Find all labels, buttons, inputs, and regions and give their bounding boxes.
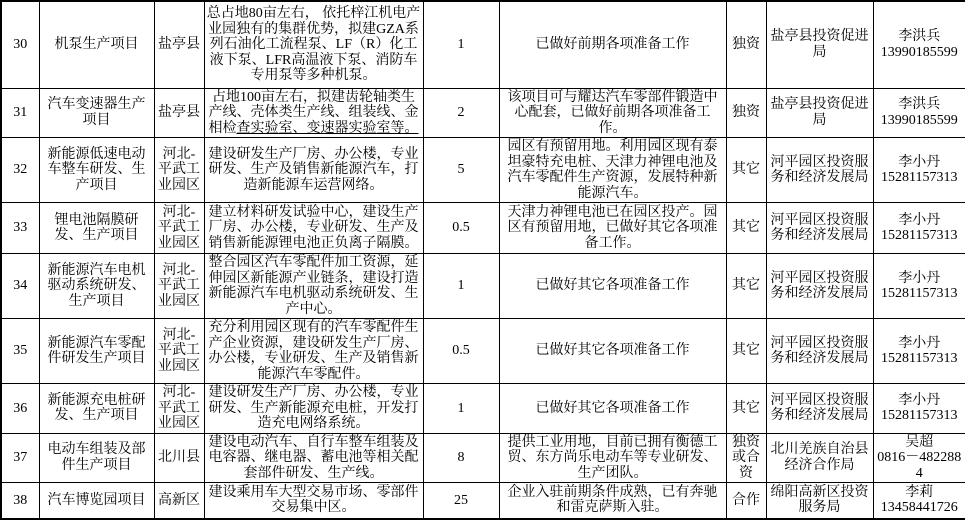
amount-cell: 5	[423, 138, 499, 203]
row-number-cell: 32	[1, 138, 39, 203]
description-cell: 建设研发生产厂房、办公楼，专业研发、生产及销售新能源汽车，打造新能源车运营网络。	[204, 138, 423, 203]
description-cell: 整合园区汽车零配件加工资源，延伸园区新能源产业链条，建设打造新能源汽车电机驱动系…	[204, 254, 423, 319]
contact-phone: 15281157313	[876, 286, 964, 302]
project-name-cell: 电动车组装及部件生产项目	[39, 433, 154, 483]
table-row: 34 新能源汽车电机驱动系统研发、生产项目 河北-平武工业园区 整合园区汽车零配…	[1, 254, 965, 319]
contact-phone: 15281157313	[876, 228, 964, 244]
contact-phone: 0816－4822884	[876, 450, 964, 481]
cooperation-type-cell: 独资	[726, 1, 766, 88]
contact-name: 李小丹	[876, 271, 964, 287]
location-cell: 高新区	[154, 483, 204, 519]
status-cell: 提供工业用地，目前已拥有衡德工贸、东方尚乐电动车等专业研发、生产团队。	[499, 433, 726, 483]
contact-cell: 李洪兵 13990185599	[873, 1, 965, 88]
row-number-cell: 38	[1, 483, 39, 519]
responsible-unit-cell: 河平园区投资服务和经济发展局	[766, 203, 873, 254]
contact-cell: 吴超 0816－4822884	[873, 433, 965, 483]
table-row: 36 新能源充电桩研发、生产项目 河北-平武工业园区 建设研发生产厂房、办公楼，…	[1, 384, 965, 434]
contact-phone: 13990185599	[876, 45, 964, 61]
cooperation-type-cell: 独资或合资	[726, 433, 766, 483]
amount-cell: 0.5	[423, 319, 499, 384]
status-cell: 园区有预留用地。利用园区现有泰坦豪特充电桩、天津力神锂电池及汽车零配件生产资源，…	[499, 138, 726, 203]
status-cell: 已做好其它各项准备工作	[499, 384, 726, 434]
contact-cell: 李小丹 15281157313	[873, 319, 965, 384]
row-number-cell: 30	[1, 1, 39, 88]
table-row: 35 新能源汽车零配件研发生产项目 河北-平武工业园区 充分利用园区现有的汽车零…	[1, 319, 965, 384]
row-number-cell: 37	[1, 433, 39, 483]
project-name-cell: 新能源充电桩研发、生产项目	[39, 384, 154, 434]
row-number-cell: 33	[1, 203, 39, 254]
cooperation-type-cell: 其它	[726, 138, 766, 203]
row-number-cell: 34	[1, 254, 39, 319]
project-name-cell: 新能源汽车电机驱动系统研发、生产项目	[39, 254, 154, 319]
contact-cell: 李小丹 15281157313	[873, 203, 965, 254]
amount-cell: 1	[423, 384, 499, 434]
status-cell: 已做好其它各项准备工作	[499, 319, 726, 384]
table-row: 38 汽车博览园项目 高新区 建设乘用车大型交易市场、零部件交易集中区。 25 …	[1, 483, 965, 519]
contact-name: 李小丹	[876, 155, 964, 171]
amount-cell: 25	[423, 483, 499, 519]
cooperation-type-cell: 合作	[726, 483, 766, 519]
contact-cell: 李小丹 15281157313	[873, 138, 965, 203]
cooperation-type-cell: 其它	[726, 203, 766, 254]
project-name-cell: 锂电池隔膜研发、生产项目	[39, 203, 154, 254]
responsible-unit-cell: 盐亭县投资促进局	[766, 88, 873, 138]
location-cell: 河北-平武工业园区	[154, 203, 204, 254]
row-number-cell: 35	[1, 319, 39, 384]
location-cell: 河北-平武工业园区	[154, 319, 204, 384]
responsible-unit-cell: 河平园区投资服务和经济发展局	[766, 138, 873, 203]
contact-phone: 15281157313	[876, 170, 964, 186]
contact-phone: 15281157313	[876, 351, 964, 367]
contact-cell: 李小丹 15281157313	[873, 384, 965, 434]
table-row: 30 机泵生产项目 盐亭县 总占地80亩左右， 依托梓江机电产业园独有的集群优势…	[1, 1, 965, 88]
contact-phone: 13990185599	[876, 113, 964, 129]
responsible-unit-cell: 河平园区投资服务和经济发展局	[766, 319, 873, 384]
contact-cell: 李洪兵 13990185599	[873, 88, 965, 138]
row-number-cell: 36	[1, 384, 39, 434]
amount-cell: 8	[423, 433, 499, 483]
contact-name: 李小丹	[876, 213, 964, 229]
location-cell: 北川县	[154, 433, 204, 483]
location-cell: 河北-平武工业园区	[154, 254, 204, 319]
responsible-unit-cell: 盐亭县投资促进局	[766, 1, 873, 88]
contact-cell: 李莉 13458441726	[873, 483, 965, 519]
contact-name: 吴超	[876, 435, 964, 451]
cooperation-type-cell: 其它	[726, 254, 766, 319]
amount-cell: 1	[423, 254, 499, 319]
location-cell: 盐亭县	[154, 1, 204, 88]
cooperation-type-cell: 独资	[726, 88, 766, 138]
table-row: 37 电动车组装及部件生产项目 北川县 建设电动汽车、自行车整车组装及电容器、继…	[1, 433, 965, 483]
contact-phone: 15281157313	[876, 408, 964, 424]
project-name-cell: 新能源低速电动车整车研发、生产项目	[39, 138, 154, 203]
status-cell: 天津力神锂电池已在园区投产。园区有预留用地，已做好其它各项准备工作。	[499, 203, 726, 254]
contact-name: 李小丹	[876, 393, 964, 409]
table-row: 32 新能源低速电动车整车研发、生产项目 河北-平武工业园区 建设研发生产厂房、…	[1, 138, 965, 203]
description-cell: 充分利用园区现有的汽车零配件生产企业资源，建设研发生产厂房、办公楼，专业研发、生…	[204, 319, 423, 384]
table-row: 33 锂电池隔膜研发、生产项目 河北-平武工业园区 建立材料研发试验中心，建设生…	[1, 203, 965, 254]
status-cell: 该项目可与耀达汽车零部件锻造中心配套，已做好前期各项准备工作。	[499, 88, 726, 138]
status-cell: 已做好前期各项准备工作	[499, 1, 726, 88]
amount-cell: 0.5	[423, 203, 499, 254]
contact-phone: 13458441726	[876, 500, 964, 516]
description-cell: 建设研发生产厂房、办公楼，专业研发、生产新能源充电桩，开发打造充电网络系统。	[204, 384, 423, 434]
table-row: 31 汽车变速器生产项目 盐亭县 占地100亩左右，拟建齿轮轴类生产线、壳体类生…	[1, 88, 965, 138]
location-cell: 盐亭县	[154, 88, 204, 138]
responsible-unit-cell: 河平园区投资服务和经济发展局	[766, 254, 873, 319]
responsible-unit-cell: 河平园区投资服务和经济发展局	[766, 384, 873, 434]
responsible-unit-cell: 北川羌族自治县经济合作局	[766, 433, 873, 483]
cooperation-type-cell: 其它	[726, 319, 766, 384]
description-cell: 总占地80亩左右， 依托梓江机电产业园独有的集群优势，拟建GZA系列石油化工流程…	[204, 1, 423, 88]
description-cell: 占地100亩左右，拟建齿轮轴类生产线、壳体类生产线、组装线、金相检查实验室、变速…	[204, 88, 423, 138]
description-cell: 建设乘用车大型交易市场、零部件交易集中区。	[204, 483, 423, 519]
location-cell: 河北-平武工业园区	[154, 138, 204, 203]
description-cell: 建设电动汽车、自行车整车组装及电容器、继电器、蓄电池等相关配套部件研发、生产线。	[204, 433, 423, 483]
row-number-cell: 31	[1, 88, 39, 138]
contact-name: 李洪兵	[876, 97, 964, 113]
contact-name: 李小丹	[876, 336, 964, 352]
contact-name: 李洪兵	[876, 29, 964, 45]
project-name-cell: 汽车博览园项目	[39, 483, 154, 519]
status-cell: 企业入驻前期条件成熟，已有奔驰和雷克萨斯入驻。	[499, 483, 726, 519]
project-name-cell: 汽车变速器生产项目	[39, 88, 154, 138]
table-body: 30 机泵生产项目 盐亭县 总占地80亩左右， 依托梓江机电产业园独有的集群优势…	[1, 1, 965, 519]
status-cell: 已做好其它各项准备工作	[499, 254, 726, 319]
contact-cell: 李小丹 15281157313	[873, 254, 965, 319]
amount-cell: 1	[423, 1, 499, 88]
contact-name: 李莉	[876, 485, 964, 501]
amount-cell: 2	[423, 88, 499, 138]
location-cell: 河北-平武工业园区	[154, 384, 204, 434]
responsible-unit-cell: 绵阳高新区投资服务局	[766, 483, 873, 519]
description-cell: 建立材料研发试验中心，建设生产厂房、办公楼，专业研发、生产及销售新能源锂电池正负…	[204, 203, 423, 254]
cooperation-type-cell: 其它	[726, 384, 766, 434]
investment-projects-table: 30 机泵生产项目 盐亭县 总占地80亩左右， 依托梓江机电产业园独有的集群优势…	[0, 0, 965, 520]
project-name-cell: 新能源汽车零配件研发生产项目	[39, 319, 154, 384]
project-name-cell: 机泵生产项目	[39, 1, 154, 88]
